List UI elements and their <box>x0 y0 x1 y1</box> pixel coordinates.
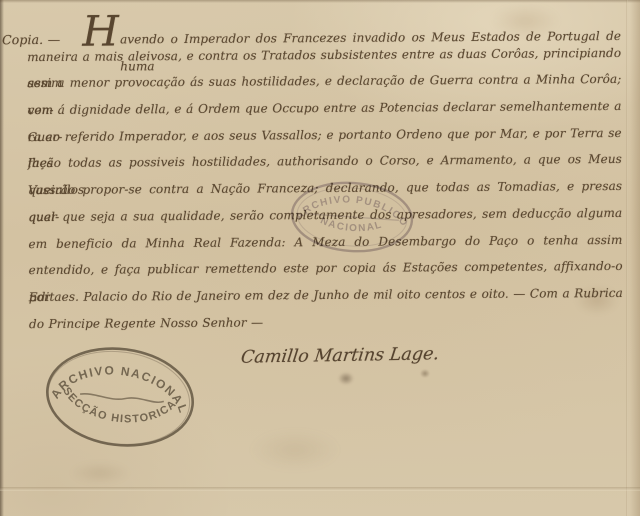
manuscript-line: em beneficio da Minha Real Fazenda: A Me… <box>28 226 622 257</box>
stamp-bottom-text: SECÇÃO HISTORICA <box>57 384 180 432</box>
manuscript-line: fação todas as possiveis hostilidades, a… <box>28 146 622 177</box>
paper-left-edge <box>0 0 4 516</box>
paper-stain <box>70 462 130 484</box>
manuscript-line: vem á dignidade della, e á Ordem que Occ… <box>27 93 621 124</box>
stamp-top-text: ARCHIVO NACIONAL <box>47 355 195 417</box>
manuscript-line: sem a menor provocação ás suas hostilida… <box>27 66 621 97</box>
paper-top-edge <box>0 0 640 3</box>
vertical-crease <box>626 0 628 516</box>
stamp-archivo-nacional-seccao-historica: ARCHIVO NACIONAL SECÇÃO HISTORICA <box>34 333 206 462</box>
paper-right-edge <box>630 0 640 516</box>
manuscript-line: Copia. — H avendo o Imperador dos France… <box>27 13 621 44</box>
manuscript-line: Editaes. Palacio do Rio de Janeiro em de… <box>29 280 623 311</box>
horizontal-fold-crease <box>0 487 640 491</box>
paper-stain <box>250 430 340 470</box>
svg-text:ARCHIVO NACIONAL: ARCHIVO NACIONAL <box>47 355 195 417</box>
signature-camillo-martins-lage: Camillo Martins Lage. <box>198 344 481 369</box>
manuscript-text-block: Copia. — H avendo o Imperador dos France… <box>27 13 623 337</box>
ink-stain <box>420 369 430 378</box>
ink-stain <box>338 372 354 385</box>
stamp-squiggle-line <box>80 391 164 405</box>
manuscript-line: do Principe Regente Nosso Senhor — <box>29 306 623 337</box>
svg-text:SECÇÃO HISTORICA: SECÇÃO HISTORICA <box>57 384 180 432</box>
manuscript-line: quer que seja a sua qualidade, serão com… <box>28 200 622 231</box>
drop-cap-initial: H <box>82 18 119 45</box>
manuscript-page: Copia. — H avendo o Imperador dos France… <box>0 0 640 516</box>
manuscript-line: ra ao referido Imperador, e aos seus Vas… <box>28 120 622 151</box>
manuscript-line: queirão propor-se contra a Nação Francez… <box>28 173 622 204</box>
manuscript-line: entendido, e faça publicar remettendo es… <box>29 253 623 284</box>
